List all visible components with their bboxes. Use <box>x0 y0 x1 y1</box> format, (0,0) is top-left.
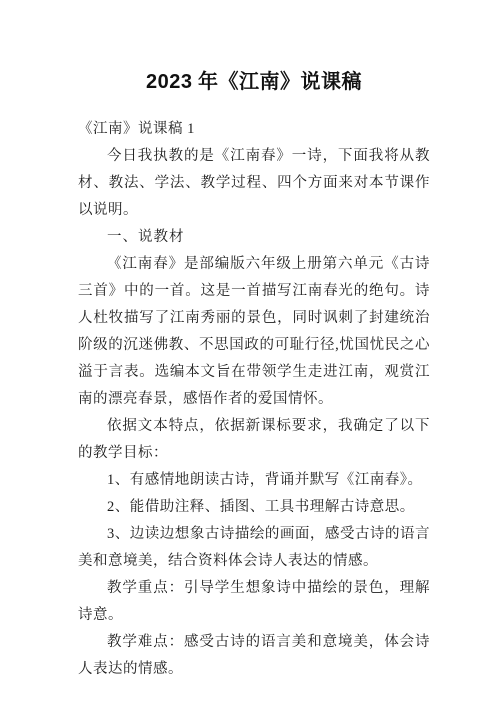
paragraph: 今日我执教的是《江南春》一诗，下面我将从教材、教法、学法、教学过程、四个方面来对… <box>78 143 430 224</box>
paragraph: 2、能借助注释、插图、工具书理解古诗意思。 <box>78 494 430 521</box>
paragraph: 《江南》说课稿 1 <box>78 116 430 143</box>
document-page: 2023 年《江南》说课稿 《江南》说课稿 1今日我执教的是《江南春》一诗，下面… <box>0 0 500 707</box>
document-body: 《江南》说课稿 1今日我执教的是《江南春》一诗，下面我将从教材、教法、学法、教学… <box>78 116 430 683</box>
document-title-text: 年《江南》说课稿 <box>193 71 363 93</box>
section-heading: 一、说教材 <box>78 224 430 251</box>
document-title-year: 2023 <box>146 71 193 93</box>
paragraph: 《江南春》是部编版六年级上册第六单元《古诗三首》中的一首。这是一首描写江南春光的… <box>78 251 430 413</box>
paragraph: 3、边读边想象古诗描绘的画面，感受古诗的语言美和意境美，结合资料体会诗人表达的情… <box>78 521 430 575</box>
paragraph: 教学难点：感受古诗的语言美和意境美，体会诗人表达的情感。 <box>78 629 430 683</box>
paragraph: 教学重点：引导学生想象诗中描绘的景色，理解诗意。 <box>78 575 430 629</box>
document-title: 2023 年《江南》说课稿 <box>78 68 430 96</box>
paragraph: 1、有感情地朗读古诗，背诵并默写《江南春》。 <box>78 467 430 494</box>
paragraph: 依据文本特点，依据新课标要求，我确定了以下的教学目标： <box>78 413 430 467</box>
